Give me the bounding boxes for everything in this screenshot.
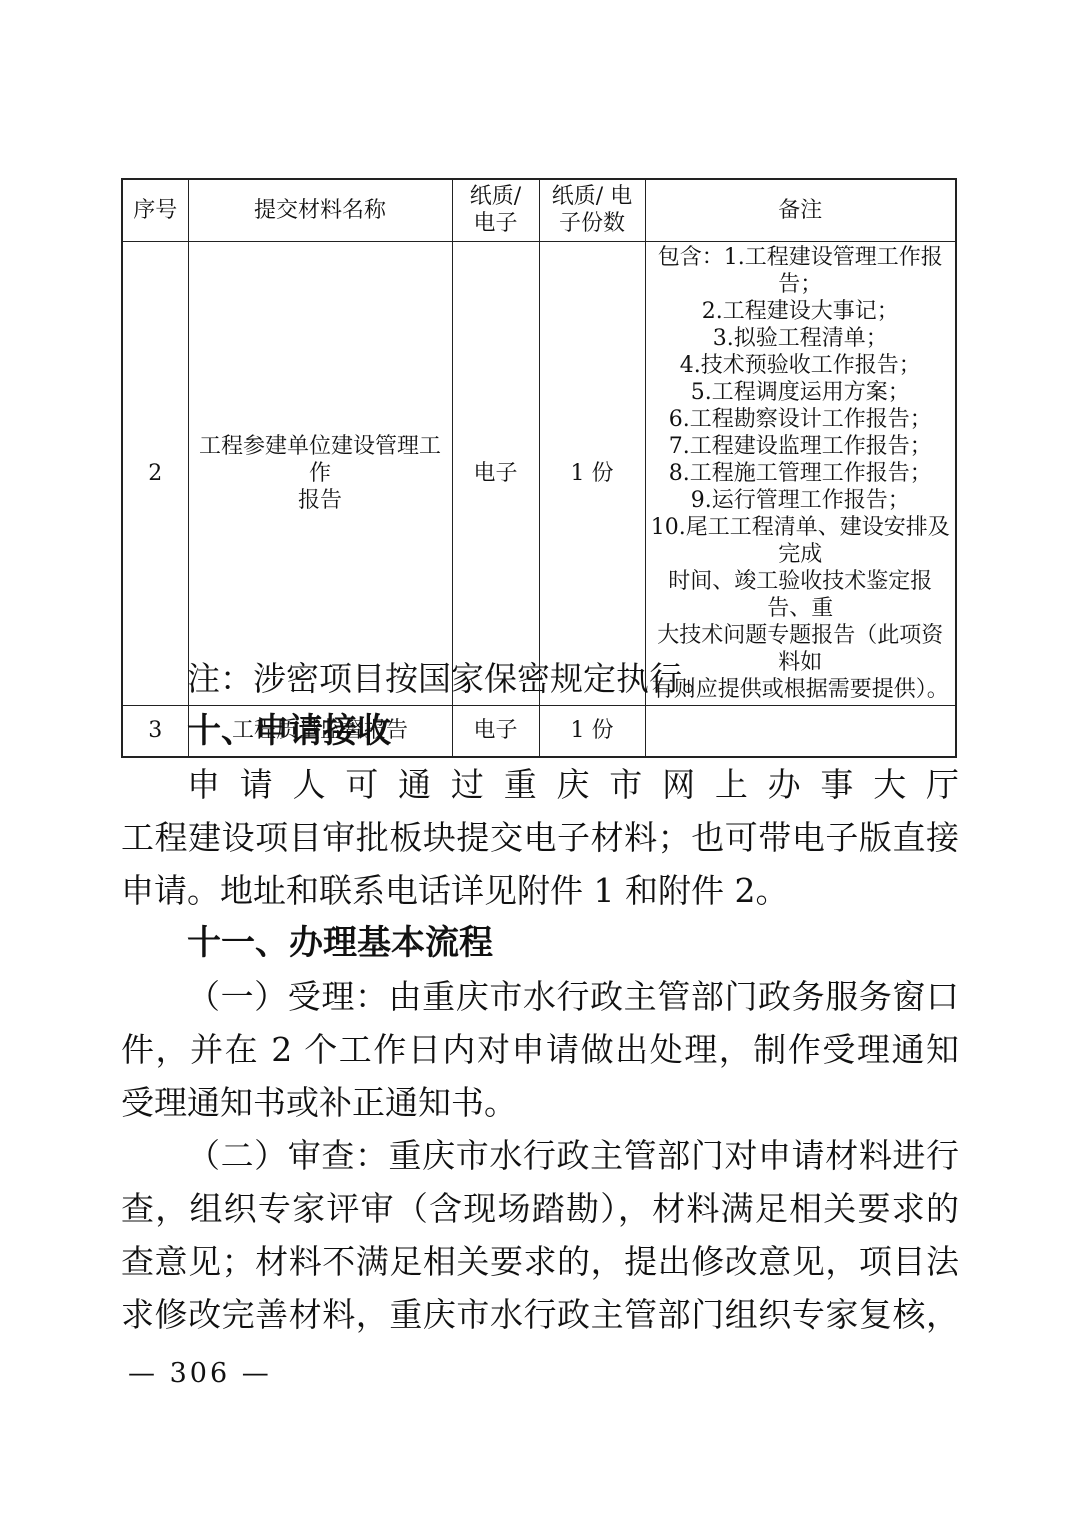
paragraph-apply-line: 申请人可通过重庆市网上办事大厅（https://zwykb.cq.gov.cn/…: [121, 758, 959, 811]
section-heading-10: 十、申请接收: [121, 705, 959, 758]
cell-remark: 包含：1.工程建设管理工作报告； 2.工程建设大事记； 3.拟验工程清单； 4.…: [645, 241, 956, 705]
paragraph-apply-line: 申请。地址和联系电话详见附件 1 和附件 2。: [121, 864, 959, 917]
cell-copies: 1 份: [539, 241, 645, 705]
paragraph-accept-line: 受理通知书或补正通知书。: [121, 1076, 959, 1129]
header-no: 序号: [122, 179, 188, 241]
document-page: 序号 提交材料名称 纸质/ 电子 纸质/ 电 子份数 备注 2 工程参建单位建设…: [0, 0, 1074, 1520]
header-medium: 纸质/ 电子: [452, 179, 539, 241]
header-material: 提交材料名称: [188, 179, 452, 241]
paragraph-accept-line: 件，并在 2 个工作日内对申请做出处理，制作受理通知书、不予: [121, 1023, 959, 1076]
table-note: 注：涉密项目按国家保密规定执行。: [121, 652, 959, 705]
cell-medium: 电子: [452, 241, 539, 705]
body-text: 注：涉密项目按国家保密规定执行。 十、申请接收 申请人可通过重庆市网上办事大厅（…: [121, 652, 959, 1341]
table-row: 2 工程参建单位建设管理工作 报告 电子 1 份 包含：1.工程建设管理工作报告…: [122, 241, 956, 705]
header-copies: 纸质/ 电 子份数: [539, 179, 645, 241]
table-header-row: 序号 提交材料名称 纸质/ 电子 纸质/ 电 子份数 备注: [122, 179, 956, 241]
cell-material: 工程参建单位建设管理工作 报告: [188, 241, 452, 705]
paragraph-review-line: （二）审查：重庆市水行政主管部门对申请材料进行全面审: [121, 1129, 959, 1182]
paragraph-apply-line: 工程建设项目审批板块提交电子材料；也可带电子版直接到窗口: [121, 811, 959, 864]
paragraph-review-line: 查，组织专家评审（含现场踏勘），材料满足相关要求的提出审: [121, 1182, 959, 1235]
section-heading-11: 十一、办理基本流程: [121, 917, 959, 970]
paragraph-review-line: 求修改完善材料，重庆市水行政主管部门组织专家复核，并提出: [121, 1288, 959, 1341]
cell-no: 2: [122, 241, 188, 705]
page-number: — 306 —: [128, 1358, 272, 1389]
paragraph-accept-line: （一）受理：由重庆市水行政主管部门政务服务窗口统一收: [121, 970, 959, 1023]
paragraph-review-line: 查意见；材料不满足相关要求的，提出修改意见，项目法人按要: [121, 1235, 959, 1288]
header-remark: 备注: [645, 179, 956, 241]
